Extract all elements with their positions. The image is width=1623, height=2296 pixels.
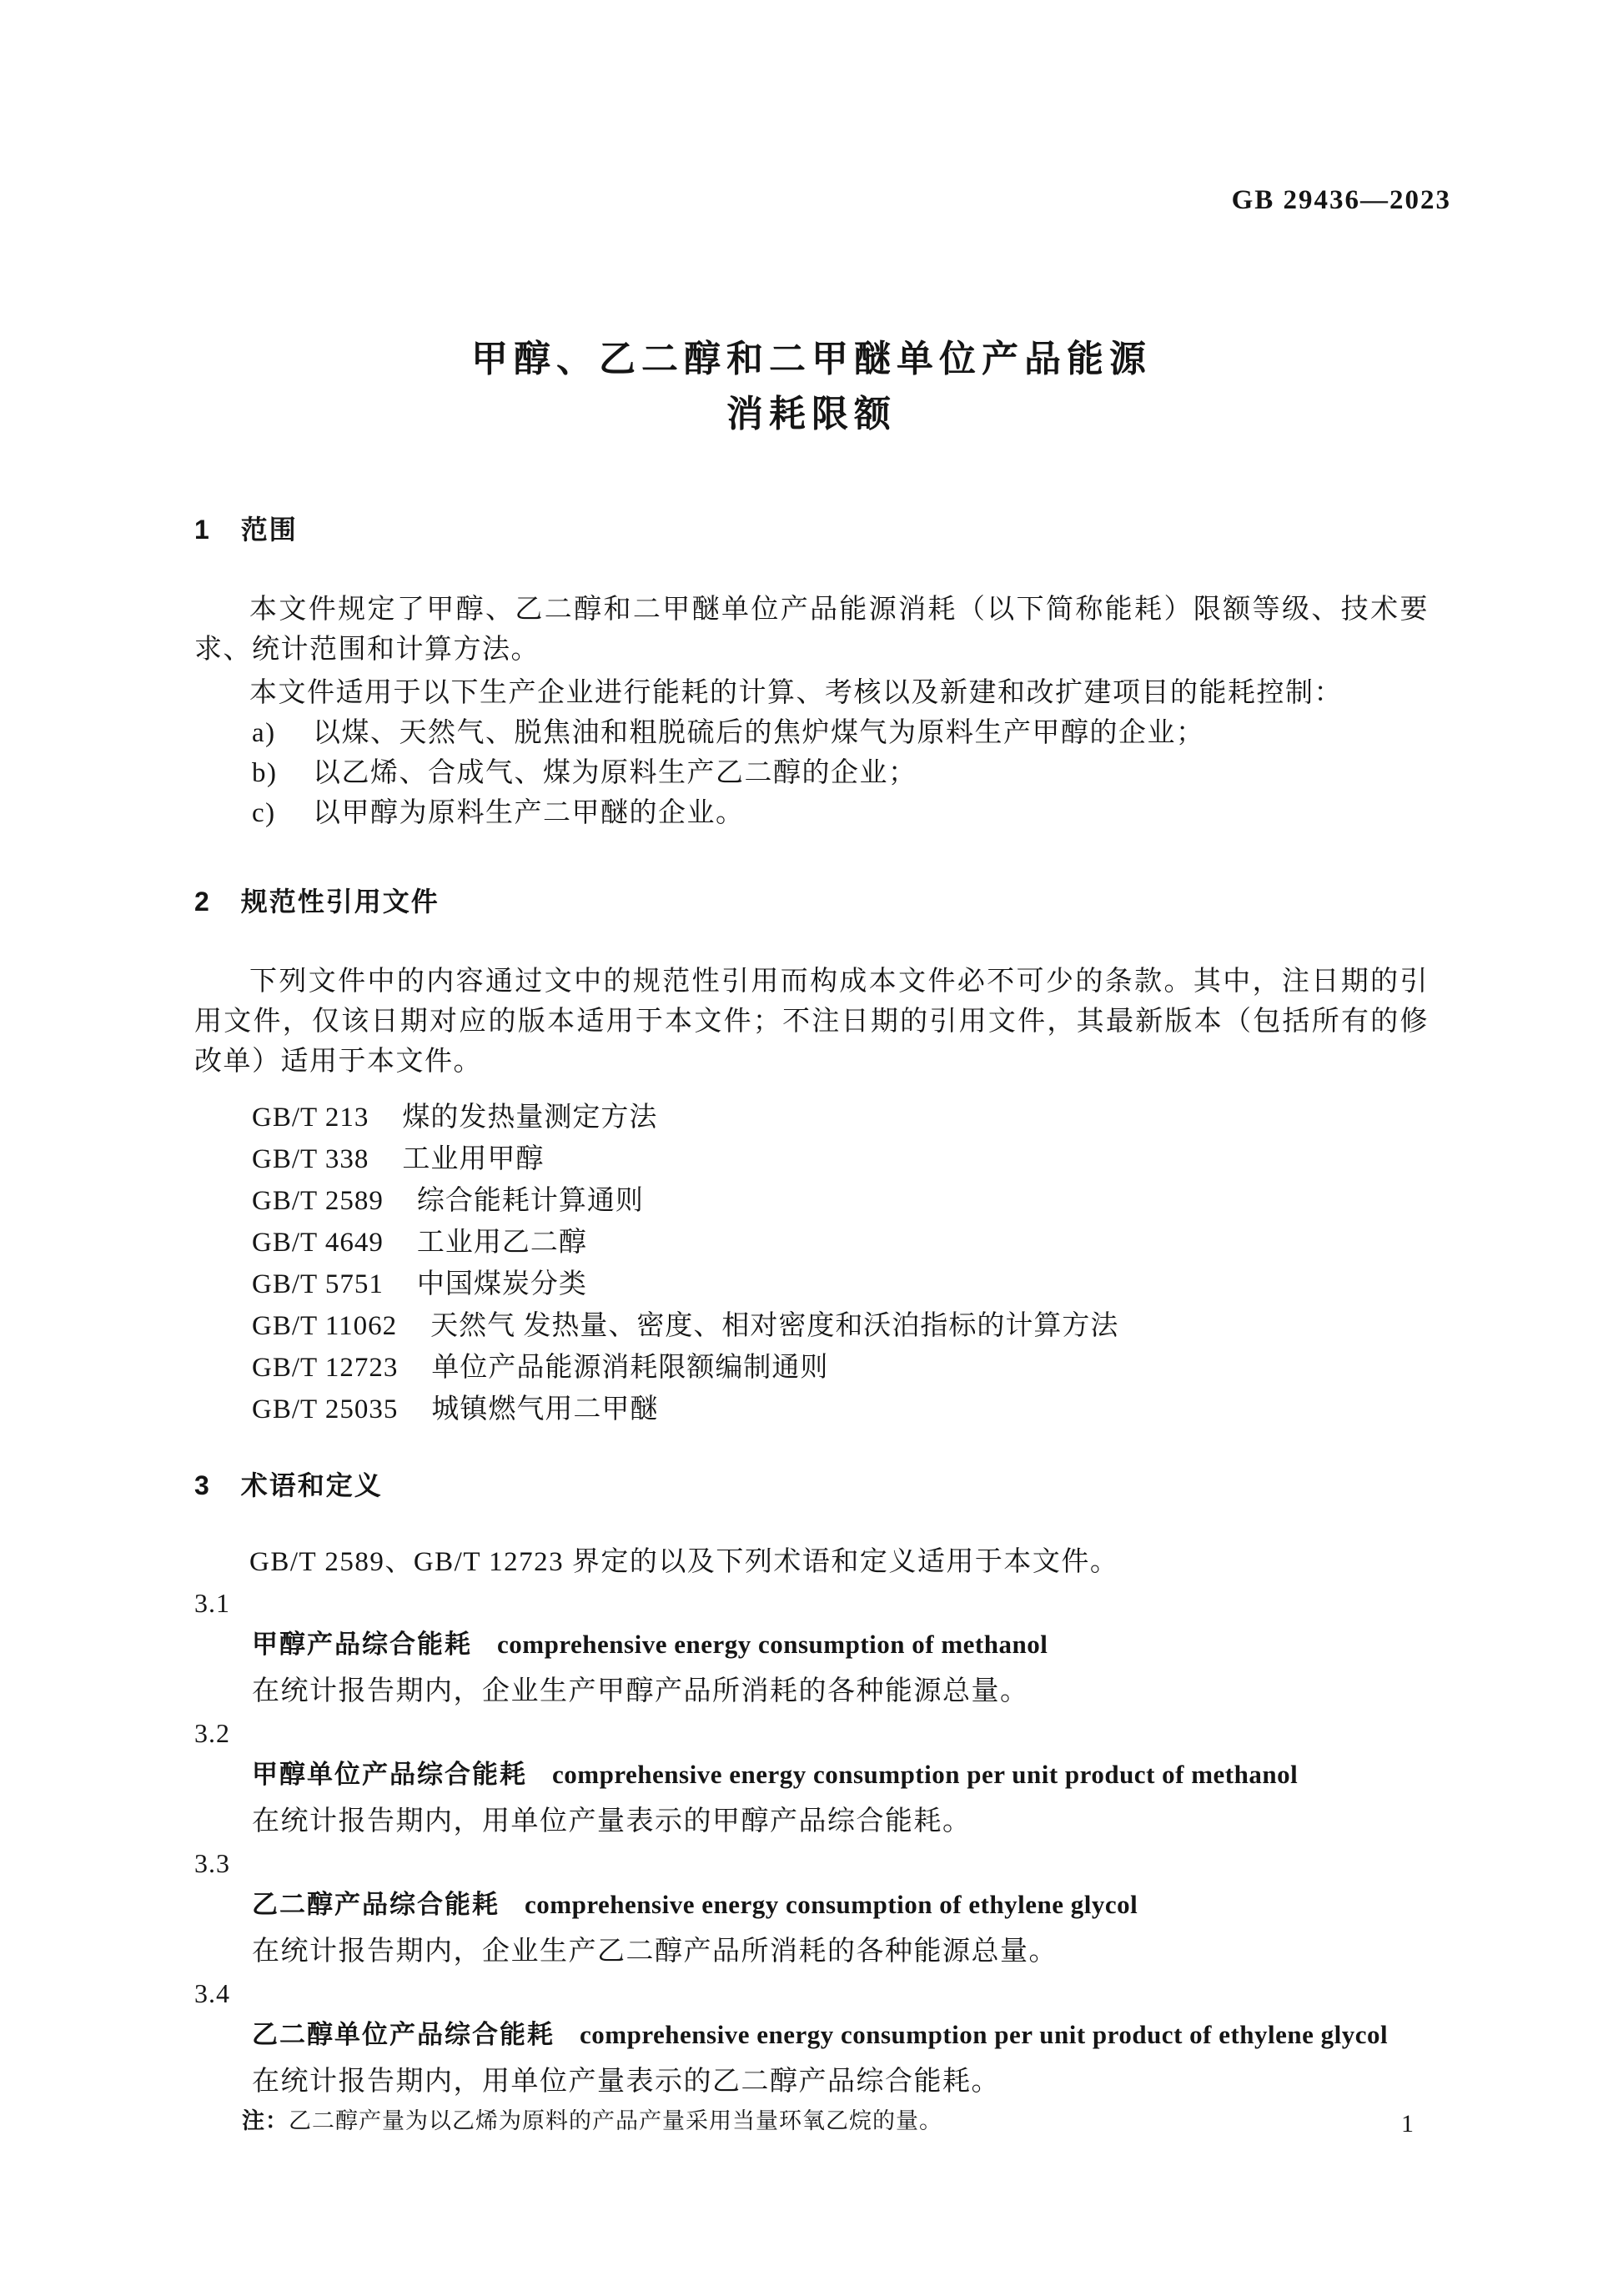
term-number: 3.3 xyxy=(194,1842,1429,1884)
reference-item: GB/T 11062天然气 发热量、密度、相对密度和沃泊指标的计算方法 xyxy=(194,1305,1429,1347)
reference-item: GB/T 12723单位产品能源消耗限额编制通则 xyxy=(194,1347,1429,1389)
reference-code: GB/T 338 xyxy=(252,1144,369,1174)
reference-title: 城镇燃气用二甲醚 xyxy=(431,1394,658,1424)
reference-code: GB/T 11062 xyxy=(252,1311,397,1341)
terms-and-definitions: 3.1 甲醇产品综合能耗comprehensive energy consump… xyxy=(194,1582,1429,2139)
normative-references-list: GB/T 213煤的发热量测定方法 GB/T 338工业用甲醇 GB/T 258… xyxy=(194,1097,1429,1430)
term-title-zh: 甲醇产品综合能耗 xyxy=(252,1630,472,1659)
reference-title: 综合能耗计算通则 xyxy=(417,1186,644,1216)
term-title-en: comprehensive energy consumption per uni… xyxy=(580,2020,1388,2049)
note-label: 注： xyxy=(242,2108,289,2133)
page-number: 1 xyxy=(1401,2110,1414,2138)
section-2-paragraph: 下列文件中的内容通过文中的规范性引用而构成本文件必不可少的条款。其中，注日期的引… xyxy=(194,962,1429,1082)
term-definition: 在统计报告期内，企业生产乙二醇产品所消耗的各种能源总量。 xyxy=(194,1931,1429,1972)
page-content: 1范围 本文件规定了甲醇、乙二醇和二甲醚单位产品能源消耗（以下简称能耗）限额等级… xyxy=(194,513,1429,2139)
document-title: 甲醇、乙二醇和二甲醚单位产品能源 消耗限额 xyxy=(0,332,1623,442)
section-2-title: 规范性引用文件 xyxy=(241,887,440,917)
section-3-number: 3 xyxy=(194,1469,211,1502)
reference-item: GB/T 338工业用甲醇 xyxy=(194,1138,1429,1180)
section-1-title: 范围 xyxy=(241,515,298,545)
term-number: 3.2 xyxy=(194,1712,1429,1754)
standard-code: GB 29436—2023 xyxy=(0,0,1623,215)
reference-item: GB/T 2589综合能耗计算通则 xyxy=(194,1180,1429,1222)
list-item-text: 以乙烯、合成气、煤为原料生产乙二醇的企业； xyxy=(313,758,917,788)
reference-code: GB/T 12723 xyxy=(252,1353,398,1383)
reference-title: 工业用甲醇 xyxy=(402,1144,544,1174)
section-1-number: 1 xyxy=(194,513,211,546)
list-item-text: 以煤、天然气、脱焦油和粗脱硫后的焦炉煤气为原料生产甲醇的企业； xyxy=(313,718,1205,748)
reference-title: 天然气 发热量、密度、相对密度和沃泊指标的计算方法 xyxy=(430,1311,1118,1341)
term-definition: 在统计报告期内，用单位产量表示的乙二醇产品综合能耗。 xyxy=(194,2061,1429,2103)
term-title: 甲醇产品综合能耗comprehensive energy consumption… xyxy=(194,1624,1429,1671)
list-item: c)以甲醇为原料生产二甲醚的企业。 xyxy=(194,793,1429,833)
section-1-paragraph-2: 本文件适用于以下生产企业进行能耗的计算、考核以及新建和改扩建项目的能耗控制： xyxy=(194,673,1429,713)
reference-title: 工业用乙二醇 xyxy=(417,1228,587,1258)
section-1-heading: 1范围 xyxy=(194,513,1429,546)
reference-code: GB/T 2589 xyxy=(252,1186,384,1216)
term-title-zh: 乙二醇单位产品综合能耗 xyxy=(252,2020,555,2049)
term-title: 乙二醇单位产品综合能耗comprehensive energy consumpt… xyxy=(194,2014,1429,2061)
list-item: a)以煤、天然气、脱焦油和粗脱硫后的焦炉煤气为原料生产甲醇的企业； xyxy=(194,713,1429,753)
list-item-label: c) xyxy=(252,793,313,833)
reference-code: GB/T 5751 xyxy=(252,1269,384,1299)
reference-title: 煤的发热量测定方法 xyxy=(402,1103,657,1133)
list-item: b)以乙烯、合成气、煤为原料生产乙二醇的企业； xyxy=(194,753,1429,793)
reference-code: GB/T 25035 xyxy=(252,1394,398,1424)
term-number: 3.1 xyxy=(194,1582,1429,1624)
section-2-heading: 2规范性引用文件 xyxy=(194,885,1429,918)
reference-code: GB/T 4649 xyxy=(252,1228,384,1258)
reference-item: GB/T 4649工业用乙二醇 xyxy=(194,1222,1429,1264)
section-3-heading: 3术语和定义 xyxy=(194,1469,1429,1502)
reference-title: 单位产品能源消耗限额编制通则 xyxy=(431,1353,828,1383)
term-title: 甲醇单位产品综合能耗comprehensive energy consumpti… xyxy=(194,1754,1429,1801)
term-definition: 在统计报告期内，企业生产甲醇产品所消耗的各种能源总量。 xyxy=(194,1671,1429,1712)
term-number: 3.4 xyxy=(194,1972,1429,2014)
reference-item: GB/T 5751中国煤炭分类 xyxy=(194,1264,1429,1305)
list-item-label: b) xyxy=(252,753,313,793)
term-title-zh: 甲醇单位产品综合能耗 xyxy=(252,1760,527,1789)
term-definition: 在统计报告期内，用单位产量表示的甲醇产品综合能耗。 xyxy=(194,1801,1429,1842)
reference-code: GB/T 213 xyxy=(252,1103,369,1133)
document-title-line-1: 甲醇、乙二醇和二甲醚单位产品能源 xyxy=(0,332,1623,387)
term-title-en: comprehensive energy consumption of meth… xyxy=(497,1630,1048,1659)
section-1-list: a)以煤、天然气、脱焦油和粗脱硫后的焦炉煤气为原料生产甲醇的企业； b)以乙烯、… xyxy=(194,713,1429,833)
document-title-line-2: 消耗限额 xyxy=(0,387,1623,442)
note: 注：乙二醇产量为以乙烯为原料的产品产量采用当量环氧乙烷的量。 xyxy=(194,2103,1429,2139)
reference-item: GB/T 25035城镇燃气用二甲醚 xyxy=(194,1389,1429,1430)
term-title: 乙二醇产品综合能耗comprehensive energy consumptio… xyxy=(194,1884,1429,1931)
section-3-paragraph: GB/T 2589、GB/T 12723 界定的以及下列术语和定义适用于本文件。 xyxy=(194,1542,1429,1582)
note-text: 乙二醇产量为以乙烯为原料的产品产量采用当量环氧乙烷的量。 xyxy=(289,2108,942,2133)
term-title-en: comprehensive energy consumption per uni… xyxy=(552,1760,1298,1789)
section-2-number: 2 xyxy=(194,885,211,918)
list-item-label: a) xyxy=(252,713,313,753)
list-item-text: 以甲醇为原料生产二甲醚的企业。 xyxy=(313,798,745,828)
term-title-zh: 乙二醇产品综合能耗 xyxy=(252,1890,500,1919)
reference-item: GB/T 213煤的发热量测定方法 xyxy=(194,1097,1429,1138)
reference-title: 中国煤炭分类 xyxy=(417,1269,587,1299)
section-1-paragraph-1: 本文件规定了甲醇、乙二醇和二甲醚单位产品能源消耗（以下简称能耗）限额等级、技术要… xyxy=(194,590,1429,670)
section-3-title: 术语和定义 xyxy=(241,1470,383,1500)
term-title-en: comprehensive energy consumption of ethy… xyxy=(525,1890,1138,1919)
document-page: GB 29436—2023 甲醇、乙二醇和二甲醚单位产品能源 消耗限额 1范围 … xyxy=(0,0,1623,2296)
